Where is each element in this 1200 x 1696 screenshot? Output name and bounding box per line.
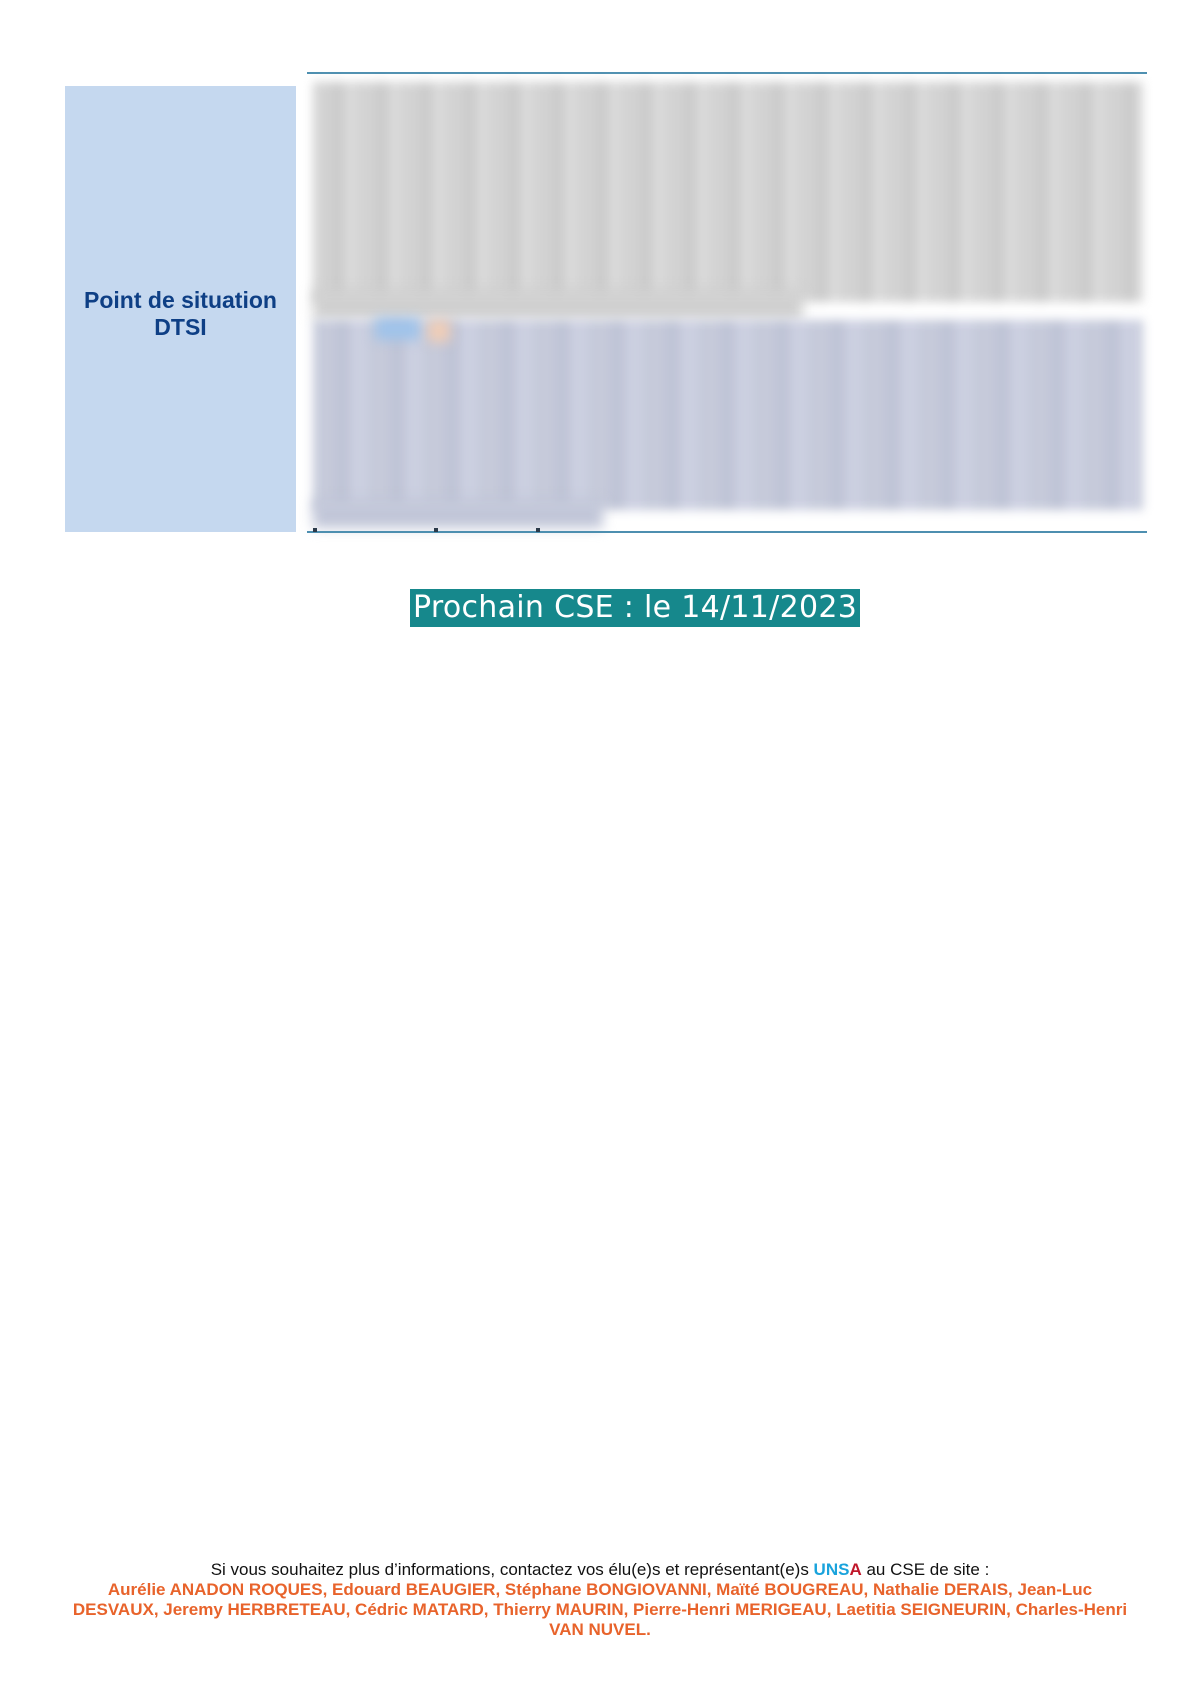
redacted-highlight-orange <box>428 320 450 342</box>
representatives-list: Aurélie ANADON ROQUES, Edouard BEAUGIER,… <box>60 1580 1140 1640</box>
section-label-cell: Point de situation DTSI <box>65 86 296 532</box>
bullet-mark <box>434 528 438 532</box>
table-top-rule <box>307 72 1147 74</box>
union-name-part1: UNS <box>814 1560 850 1579</box>
bullet-mark <box>536 528 540 532</box>
next-cse-banner: Prochain CSE : le 14/11/2023 <box>410 589 860 627</box>
redacted-text-line-grey <box>313 290 803 320</box>
section-title: Point de situation DTSI <box>84 287 277 341</box>
contact-footer: Si vous souhaitez plus d’informations, c… <box>60 1560 1140 1640</box>
redacted-text-block-grey <box>313 82 1143 302</box>
section-title-line2: DTSI <box>154 314 206 340</box>
contact-intro: Si vous souhaitez plus d’informations, c… <box>60 1560 1140 1580</box>
contact-intro-suffix: au CSE de site : <box>862 1560 990 1579</box>
redacted-text-line-blue <box>313 500 603 528</box>
bullet-mark <box>313 528 317 532</box>
table-bottom-rule <box>307 531 1147 533</box>
union-name-part2: A <box>849 1560 861 1579</box>
section-title-line1: Point de situation <box>84 287 277 313</box>
redacted-highlight-blue <box>375 318 420 340</box>
redacted-text-block-blue <box>313 320 1143 510</box>
contact-intro-text: Si vous souhaitez plus d’informations, c… <box>211 1560 814 1579</box>
